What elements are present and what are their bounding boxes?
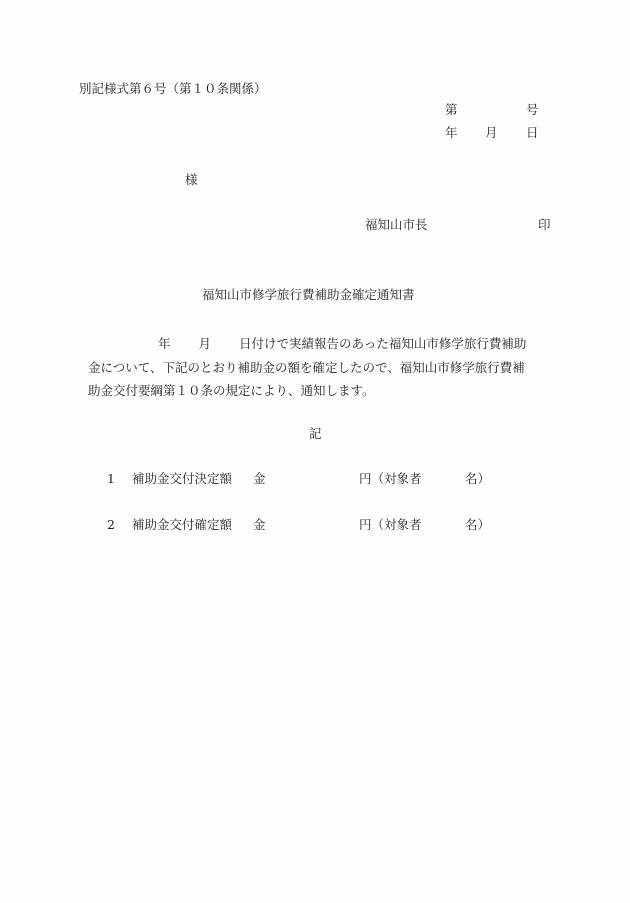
item-label: 補助金交付決定額: [132, 471, 232, 487]
date-month: 月: [485, 125, 498, 141]
body-line-1-text: 日付けで実績報告のあった福知山市修学旅行費補助: [239, 336, 526, 351]
body-year: 年: [158, 336, 171, 351]
item-currency-prefix: 金: [253, 517, 266, 533]
form-label: 別記様式第６号（第１０条関係）: [79, 81, 267, 97]
body-line-3: 助金交付要綱第１０条の規定により、通知します。: [88, 379, 558, 403]
date-year: 年: [445, 125, 458, 141]
document-number-prefix: 第: [445, 102, 458, 118]
seal-mark: 印: [538, 217, 551, 233]
item-yen-target: 円（対象者: [359, 517, 422, 533]
ki-heading: 記: [309, 426, 322, 442]
item-label: 補助金交付確定額: [132, 517, 232, 533]
item-people-suffix: 名）: [465, 517, 490, 533]
date-day: 日: [526, 125, 539, 141]
item-number: 2: [107, 517, 115, 533]
addressee-suffix: 様: [185, 172, 198, 188]
item-yen-target: 円（対象者: [359, 471, 422, 487]
document-number-suffix: 号: [526, 102, 539, 118]
item-people-suffix: 名）: [465, 471, 490, 487]
issuer-name: 福知山市長: [365, 217, 428, 233]
body-line-2: 金について、下記のとおり補助金の額を確定したので、福知山市修学旅行費補: [88, 356, 558, 380]
body-line-1: 年月日付けで実績報告のあった福知山市修学旅行費補助: [88, 332, 558, 356]
item-currency-prefix: 金: [253, 471, 266, 487]
item-number: 1: [107, 471, 115, 487]
document-title: 福知山市修学旅行費補助金確定通知書: [202, 287, 415, 303]
body-paragraph: 年月日付けで実績報告のあった福知山市修学旅行費補助 金について、下記のとおり補助…: [88, 332, 558, 403]
body-month: 月: [199, 336, 212, 351]
